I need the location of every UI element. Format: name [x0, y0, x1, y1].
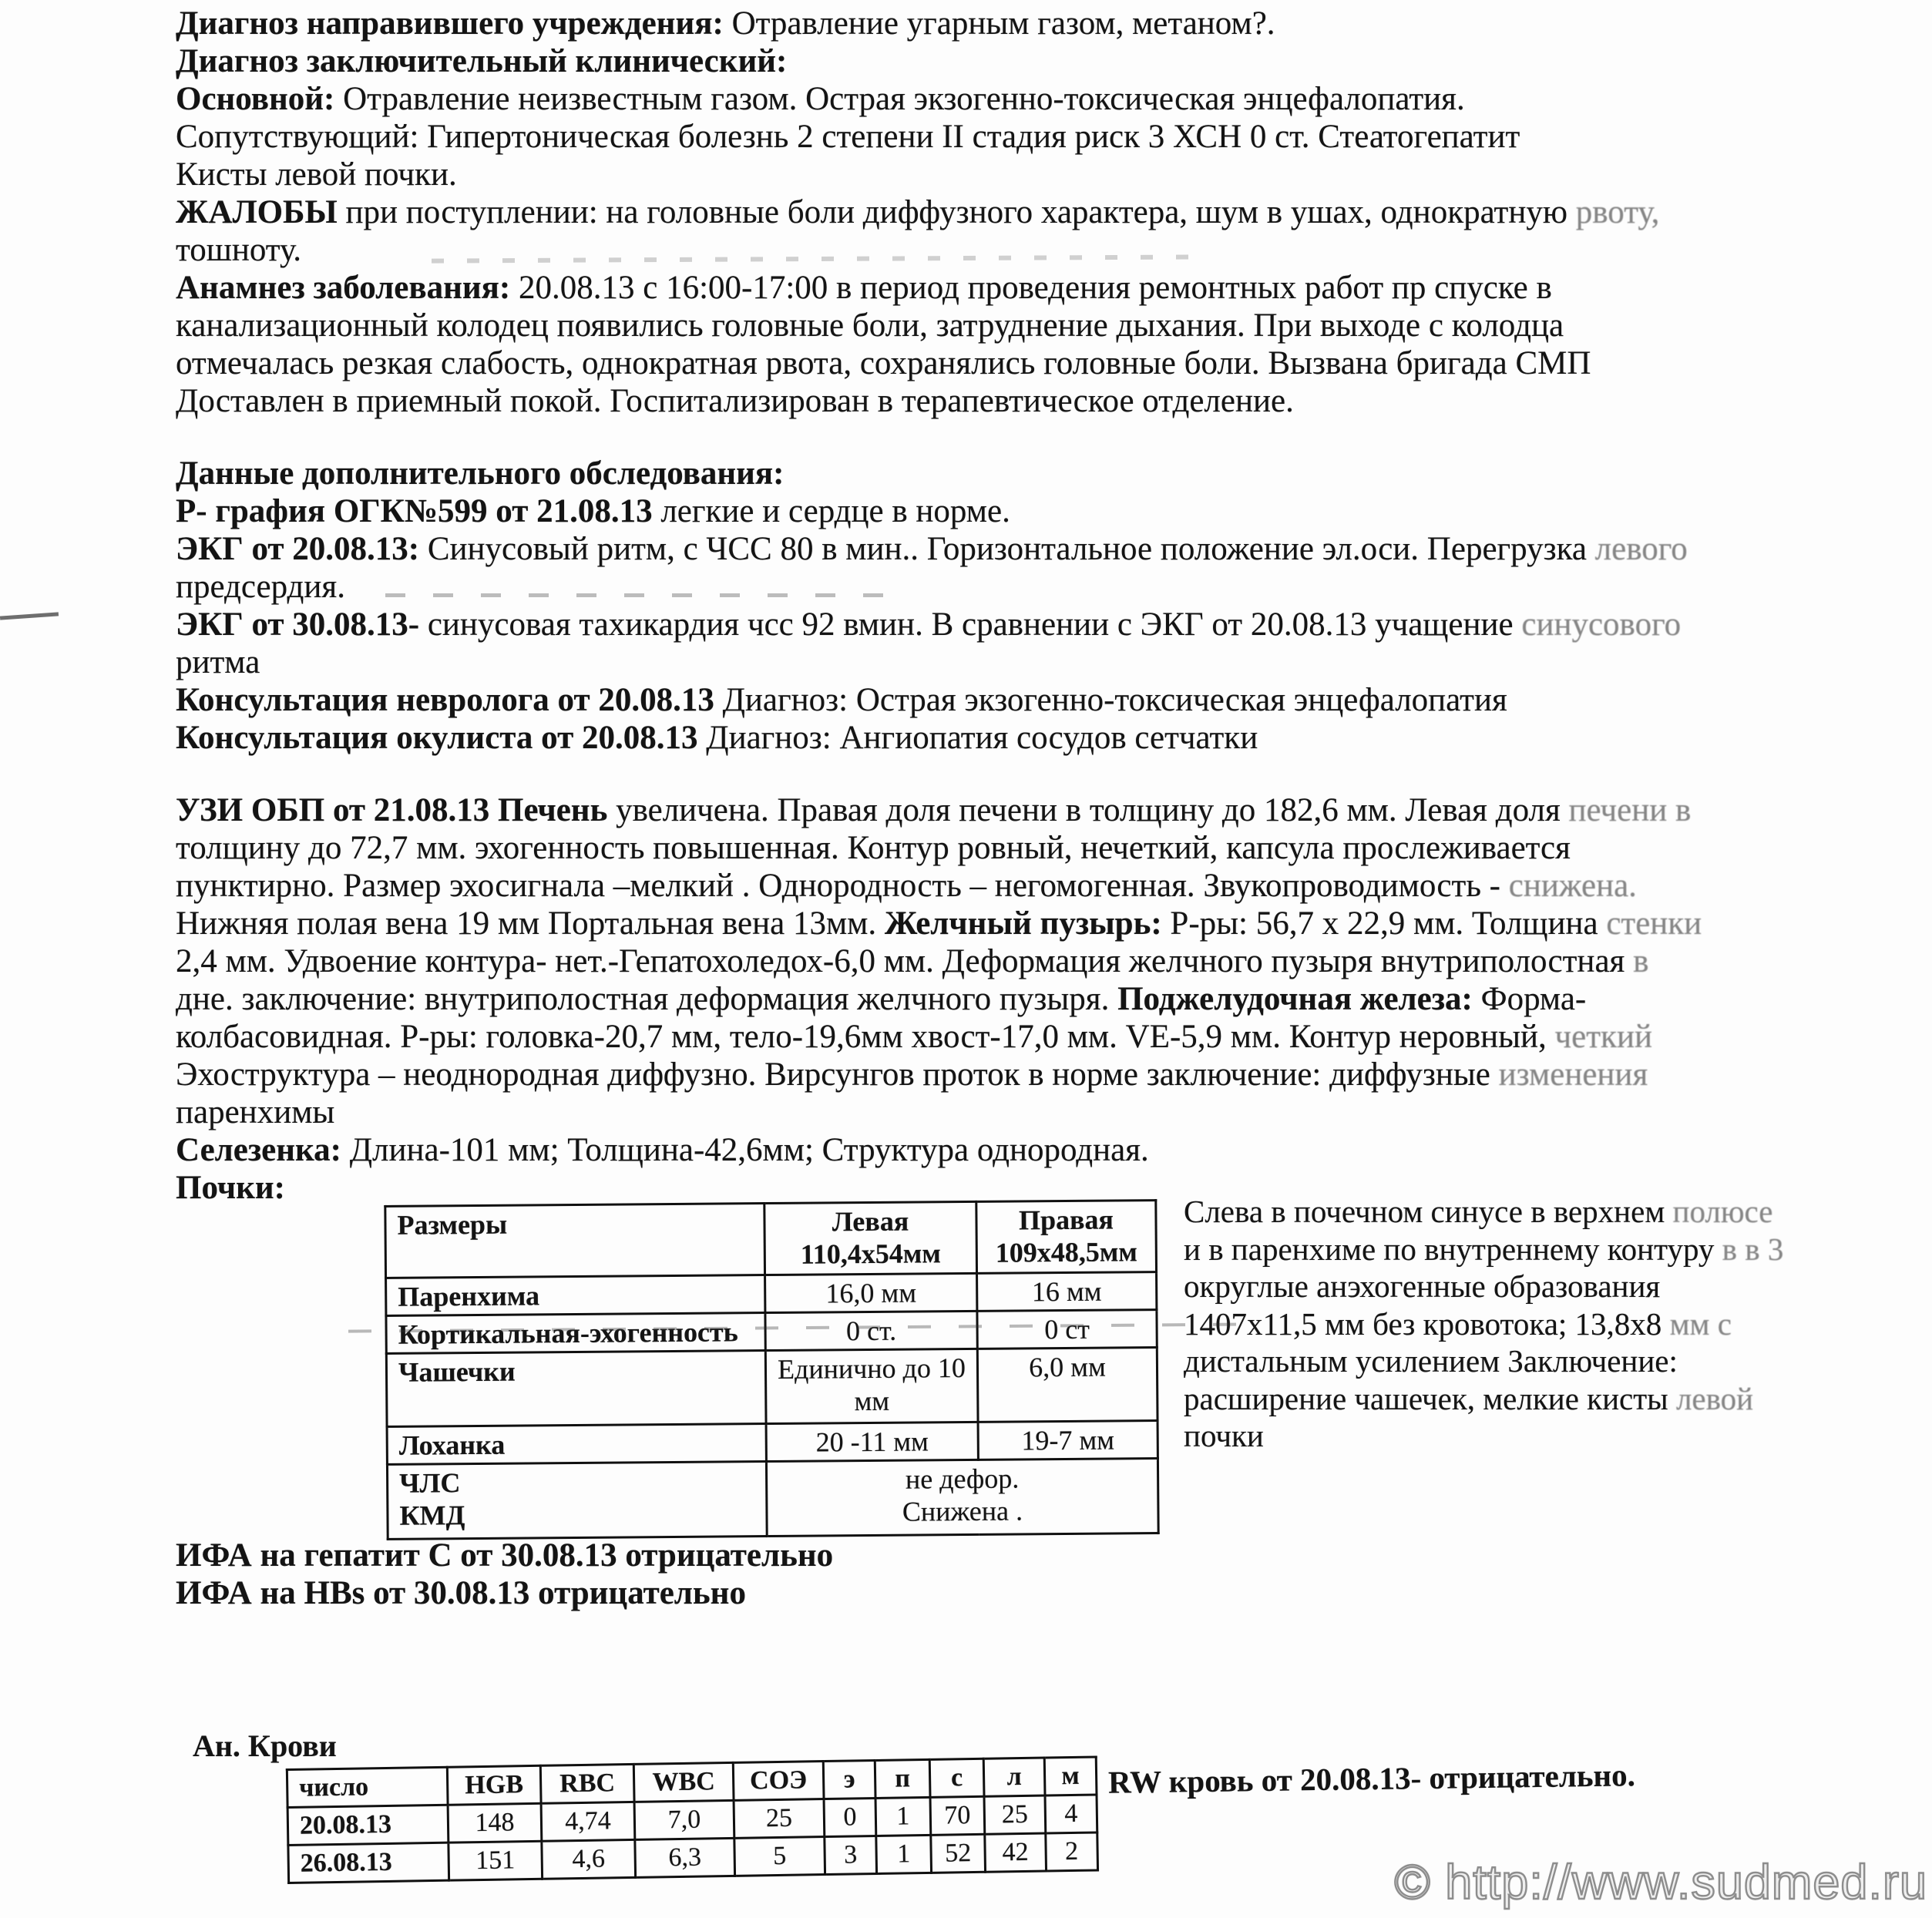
watermark-sudmed: © http://www.sudmed.ru	[1394, 1855, 1927, 1910]
kidney-column-header: Правая109х48,5мм	[976, 1201, 1157, 1274]
kidney-cell-left: 16,0 мм	[765, 1273, 977, 1312]
blood-cell: 4,74	[541, 1802, 635, 1841]
kidney-row-label: ЧЛСКМД	[387, 1462, 767, 1540]
text-line: Р- графия ОГК№599 от 21.08.13 легкие и с…	[176, 492, 1920, 530]
blood-column-header: WBC	[633, 1762, 734, 1802]
kidney-row-label: Кортикальная-эхогенность	[386, 1313, 765, 1354]
text: Диагноз: Острая экзогенно-токсическая эн…	[714, 682, 1507, 718]
blood-cell: 70	[930, 1796, 985, 1835]
text: толщину до 72,7 мм. эхогенность повышенн…	[176, 830, 1571, 866]
kidney-row-label: Чашечки	[386, 1351, 766, 1427]
text: легкие и сердце в норме.	[653, 493, 1010, 529]
text-line: колбасовидная. Р-ры: головка-20,7 мм, те…	[176, 1018, 1920, 1056]
text-line: Консультация окулиста от 20.08.13 Диагно…	[176, 719, 1920, 757]
document-lines: Диагноз направившего учреждения: Отравле…	[176, 5, 1920, 1207]
text: Синусовый ритм, с ЧСС 80 в мин.. Горизон…	[419, 531, 1595, 567]
text-line: Слева в почечном синусе в верхнем полюсе	[1184, 1193, 1783, 1231]
kidney-cell-right: 6,0 мм	[977, 1348, 1158, 1423]
ifa-results: ИФА на гепатит С от 30.08.13 отрицательн…	[176, 1537, 1920, 1612]
kidneys-table: РазмерыЛевая110,4х54ммПравая109х48,5ммПа…	[384, 1199, 1159, 1540]
document-text-column: Диагноз направившего учреждения: Отравле…	[176, 5, 1920, 1884]
kidney-cell-right: 19-7 мм	[978, 1421, 1158, 1460]
text: Нижняя полая вена 19 мм Портальная вена …	[176, 905, 885, 942]
text: Отравление угарным газом, метаном?.	[724, 5, 1275, 42]
text-line: Основной: Отравление неизвестным газом. …	[176, 80, 1920, 118]
text-line: паренхимы	[176, 1093, 1920, 1131]
text: Длина-101 мм; Толщина-42,6мм; Структура …	[341, 1132, 1149, 1168]
text-bold: Р- графия ОГК№599 от 21.08.13	[176, 493, 653, 529]
text: округлые анэхогенные образования	[1184, 1268, 1660, 1304]
text-line: 2,4 мм. Удвоение контура- нет.-Гепатохол…	[176, 942, 1920, 980]
text: увеличена. Правая доля печени в толщину …	[607, 792, 1568, 828]
text-faded: рвоту,	[1576, 194, 1660, 230]
blood-column-header: с	[929, 1758, 984, 1797]
kidney-cell-left: Единично до 10 мм	[765, 1349, 978, 1423]
blood-cell: 1	[875, 1797, 931, 1836]
text-bold: Желчный пузырь:	[885, 905, 1162, 942]
blood-table: числоHGBRBCWBCСОЭэпслм20.08.131484,747,0…	[286, 1755, 1099, 1884]
text-line: Консультация невролога от 20.08.13 Диагн…	[176, 681, 1920, 719]
text-faded: полюсе	[1673, 1194, 1773, 1229]
kidney-cell-right: 16 мм	[977, 1272, 1157, 1312]
blood-cell: 25	[984, 1795, 1046, 1834]
text: пунктирно. Размер эхосигнала –мелкий . О…	[176, 868, 1509, 904]
rw-blood-note: RW кровь от 20.08.13- отрицательно.	[1108, 1756, 1635, 1801]
text-bold: ЭКГ от 20.08.13:	[176, 531, 419, 567]
text-line: Диагноз заключительный клинический:	[176, 42, 1920, 80]
blood-column-header: п	[875, 1759, 930, 1798]
text-faded: в в 3	[1722, 1231, 1784, 1267]
text: паренхимы	[176, 1094, 334, 1130]
text-bold: Консультация невролога от 20.08.13	[176, 682, 714, 718]
kidney-cell-merged: не дефор.Снижена .	[766, 1459, 1158, 1537]
text-line: ритма	[176, 643, 1920, 681]
text-line: ЭКГ от 30.08.13- синусовая тахикардия чс…	[176, 606, 1920, 643]
kidney-cell-left: 20 -11 мм	[766, 1422, 978, 1461]
blood-cell: 3	[825, 1836, 877, 1874]
text-line	[176, 757, 1920, 791]
blood-cell: 42	[985, 1833, 1047, 1872]
text-bold: Селезенка:	[176, 1132, 341, 1168]
text-bold: Поджелудочная железа:	[1117, 981, 1473, 1017]
text: 20.08.13 с 16:00-17:00 в период проведен…	[510, 270, 1552, 306]
text-bold: ЖАЛОБЫ	[176, 194, 338, 230]
text-line: Нижняя полая вена 19 мм Портальная вена …	[176, 905, 1920, 942]
text-line	[176, 420, 1920, 455]
text-faded: левого	[1595, 531, 1688, 567]
blood-cell: 148	[448, 1803, 542, 1842]
kidney-row-label: Паренхима	[386, 1275, 765, 1316]
text: отмечалась резкая слабость, однократная …	[176, 345, 1591, 381]
text-faded: печени в	[1569, 792, 1692, 828]
blood-cell: 0	[824, 1798, 876, 1836]
text: Эхоструктура – неоднородная диффузно. Ви…	[176, 1056, 1499, 1093]
blood-column-header: м	[1044, 1757, 1097, 1795]
text-line: дне. заключение: внутриполостная деформа…	[176, 980, 1920, 1018]
text-bold: Диагноз направившего учреждения:	[176, 5, 724, 42]
kidney-cell-left: 0 ст.	[765, 1311, 977, 1350]
text-line: отмечалась резкая слабость, однократная …	[176, 344, 1920, 382]
text: 2,4 мм. Удвоение контура- нет.-Гепатохол…	[176, 943, 1633, 979]
text: Сопутствующий: Гипертоническая болезнь 2…	[176, 119, 1520, 155]
ifa-hepatitis-c-line: ИФА на гепатит С от 30.08.13 отрицательн…	[176, 1537, 1920, 1574]
text-line: ЖАЛОБЫ при поступлении: на головные боли…	[176, 193, 1920, 231]
text: Слева в почечном синусе в верхнем	[1184, 1194, 1673, 1229]
text-line: почки	[1184, 1417, 1783, 1455]
text: Форма-	[1473, 981, 1586, 1017]
text-faded: снижена.	[1509, 868, 1637, 904]
blood-cell: 5	[734, 1837, 825, 1876]
kidneys-side-note: Слева в почечном синусе в верхнем полюсе…	[1184, 1193, 1783, 1455]
text-bold: Диагноз заключительный клинический:	[176, 43, 787, 79]
text-faded: левой	[1676, 1381, 1753, 1416]
blood-row-date: 26.08.13	[288, 1842, 449, 1883]
text: дистальным усилением Заключение:	[1184, 1343, 1678, 1379]
text-bold: УЗИ ОБП от 21.08.13 Печень	[176, 792, 607, 828]
blood-column-header: э	[823, 1761, 875, 1799]
blood-cell: 151	[449, 1841, 543, 1880]
text-line: Диагноз направившего учреждения: Отравле…	[176, 5, 1920, 42]
blood-cell: 4	[1045, 1795, 1097, 1833]
text-line: расширение чашечек, мелкие кисты левой	[1184, 1380, 1783, 1418]
text-line: канализационный колодец появились головн…	[176, 307, 1920, 344]
text-faded: четкий	[1555, 1019, 1652, 1055]
text-bold: ЭКГ от 30.08.13-	[176, 606, 419, 643]
scan-artifact-margin-dash	[0, 612, 59, 620]
text: расширение чашечек, мелкие кисты	[1184, 1381, 1676, 1416]
blood-cell: 25	[734, 1799, 825, 1839]
text-faded: синусового	[1521, 606, 1681, 643]
blood-row-date: 20.08.13	[287, 1805, 449, 1845]
text-line: Сопутствующий: Гипертоническая болезнь 2…	[176, 118, 1920, 156]
text-faded: изменения	[1499, 1056, 1648, 1093]
text-line: Кисты левой почки.	[176, 156, 1920, 193]
text: Отравление неизвестным газом. Острая экз…	[334, 81, 1464, 117]
text-line: Анамнез заболевания: 20.08.13 с 16:00-17…	[176, 269, 1920, 307]
text: тошноту.	[176, 232, 301, 268]
text-line: пунктирно. Размер эхосигнала –мелкий . О…	[176, 867, 1920, 905]
text-line: Доставлен в приемный покой. Госпитализир…	[176, 382, 1920, 420]
text: при поступлении: на головные боли диффуз…	[338, 194, 1576, 230]
text: почки	[1184, 1418, 1264, 1453]
kidney-row-label: Лоханка	[387, 1424, 766, 1465]
ifa-hbs-line: ИФА на HBs от 30.08.13 отрицательно	[176, 1574, 1920, 1612]
text: колбасовидная. Р-ры: головка-20,7 мм, те…	[176, 1019, 1555, 1055]
text-line: и в паренхиме по внутреннему контуру в в…	[1184, 1231, 1783, 1268]
text-bold: Данные дополнительного обследования:	[176, 455, 785, 492]
blood-cell: 6,3	[635, 1838, 735, 1877]
kidney-cell-corner: Размеры	[385, 1204, 765, 1278]
text: канализационный колодец появились головн…	[176, 307, 1564, 344]
blood-cell: 4,6	[542, 1839, 636, 1879]
blood-cell: 7,0	[634, 1800, 734, 1839]
text-line: предсердия.	[176, 568, 1920, 606]
text-line: дистальным усилением Заключение:	[1184, 1342, 1783, 1380]
text-line: УЗИ ОБП от 21.08.13 Печень увеличена. Пр…	[176, 791, 1920, 829]
blood-column-header: СОЭ	[733, 1762, 824, 1801]
text: ритма	[176, 644, 260, 680]
text-bold: Основной:	[176, 81, 334, 117]
text: предсердия.	[176, 569, 345, 605]
text-line: Селезенка: Длина-101 мм; Толщина-42,6мм;…	[176, 1131, 1920, 1169]
blood-cell: 52	[931, 1834, 986, 1873]
blood-column-header: HGB	[447, 1765, 541, 1805]
text: и в паренхиме по внутреннему контуру	[1184, 1231, 1722, 1267]
text: Диагноз: Ангиопатия сосудов сетчатки	[697, 720, 1258, 756]
kidney-column-header: Левая110,4х54мм	[764, 1201, 977, 1275]
kidney-cell-right: 0 ст	[977, 1310, 1157, 1349]
text-line: округлые анэхогенные образования	[1184, 1268, 1783, 1305]
text-faded: в	[1633, 943, 1648, 979]
text-line: тошноту.	[176, 231, 1920, 269]
text: Доставлен в приемный покой. Госпитализир…	[176, 383, 1294, 419]
text: Р-ры: 56,7 х 22,9 мм. Толщина	[1162, 905, 1607, 942]
text-line: Эхоструктура – неоднородная диффузно. Ви…	[176, 1056, 1920, 1093]
text-faded: мм с	[1670, 1306, 1732, 1342]
text: 1407х11,5 мм без кровотока; 13,8х8	[1184, 1306, 1670, 1342]
text-bold: Анамнез заболевания:	[176, 270, 510, 306]
blood-column-header: л	[983, 1758, 1045, 1796]
blood-cell: 2	[1046, 1832, 1098, 1871]
text-bold: Консультация окулиста от 20.08.13	[176, 720, 697, 756]
text: синусовая тахикардия чсс 92 вмин. В срав…	[419, 606, 1521, 643]
text-faded: стенки	[1606, 905, 1702, 942]
blood-column-header: число	[287, 1767, 448, 1807]
text-line: 1407х11,5 мм без кровотока; 13,8х8 мм с	[1184, 1305, 1783, 1343]
text-line: толщину до 72,7 мм. эхогенность повышенн…	[176, 829, 1920, 867]
kidneys-section: РазмерыЛевая110,4х54ммПравая109х48,5ммПа…	[176, 1201, 1920, 1533]
text-line: ЭКГ от 20.08.13: Синусовый ритм, с ЧСС 8…	[176, 530, 1920, 568]
blood-cell: 1	[876, 1835, 932, 1873]
scanned-medical-document: Диагноз направившего учреждения: Отравле…	[0, 0, 1932, 1918]
text-line: Данные дополнительного обследования:	[176, 455, 1920, 492]
blood-column-header: RBC	[540, 1764, 634, 1803]
text: дне. заключение: внутриполостная деформа…	[176, 981, 1117, 1017]
text: Кисты левой почки.	[176, 156, 457, 193]
